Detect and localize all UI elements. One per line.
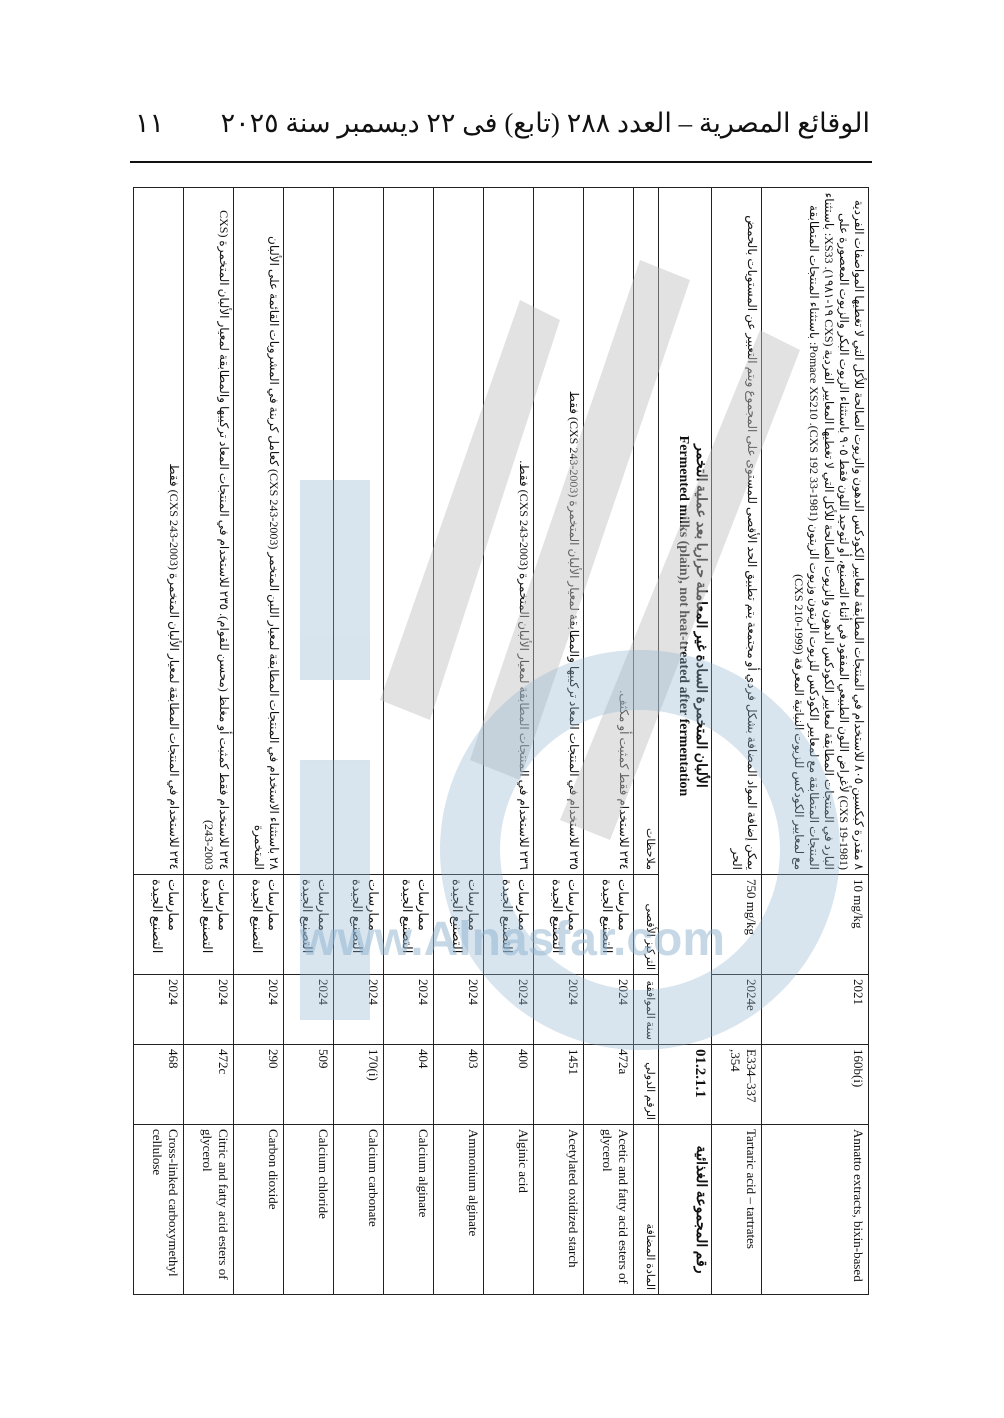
additive-cell: Citric and fatty acid esters of glycerol bbox=[184, 1125, 234, 1295]
column-header-row: المادة المضافةالرقم الدوليسنة الموافقةال… bbox=[634, 188, 659, 1295]
ins-cell: 472c bbox=[184, 1045, 234, 1125]
additive-cell: Acetic and fatty acid esters of glycerol bbox=[584, 1125, 634, 1295]
year-cell: 2021 bbox=[762, 975, 869, 1045]
max-level-cell: 10 mg/kg bbox=[762, 875, 869, 975]
year-cell: 2024 bbox=[334, 975, 384, 1045]
table-row: Tartaric acid – tartratesE334–337 ,35420… bbox=[712, 188, 762, 1295]
max-level-cell: ممارسات التصنيع الجيدة bbox=[284, 875, 334, 975]
notes-cell bbox=[334, 188, 384, 875]
food-category-title: الألبان المتخمرة السادة غير المعاملة حرا… bbox=[659, 188, 712, 1045]
page-number: ١١ bbox=[135, 108, 164, 139]
table-row: Calcium chloride5092024ممارسات التصنيع ا… bbox=[284, 188, 334, 1295]
notes-cell: ٢٣٥ للاستخدام في المنتجات المعاد تركيبها… bbox=[534, 188, 584, 875]
additive-cell: Annatto extracts, bixin-based bbox=[762, 1125, 869, 1295]
additive-cell: Tartaric acid – tartrates bbox=[712, 1125, 762, 1295]
notes-cell: ٢٣٤ للاستخدام فقط كمثبت أو مغلظ (محسن لل… bbox=[184, 188, 234, 875]
max-level-cell: ممارسات التصنيع الجيدة bbox=[184, 875, 234, 975]
food-category-label: رقم المجموعة الغذائية bbox=[659, 1125, 712, 1295]
column-header-notes: ملاحظات bbox=[634, 188, 659, 875]
ins-cell: 400 bbox=[484, 1045, 534, 1125]
max-level-cell: ممارسات التصنيع الجيدة bbox=[134, 875, 184, 975]
column-header-additive: المادة المضافة bbox=[634, 1125, 659, 1295]
table-row: Calcium carbonate170(i)2024ممارسات التصن… bbox=[334, 188, 384, 1295]
column-header-ins: الرقم الدولي bbox=[634, 1045, 659, 1125]
section-row: رقم المجموعة الغذائية01.2.1.1الألبان الم… bbox=[659, 188, 712, 1295]
ins-cell: 290 bbox=[234, 1045, 284, 1125]
table-row: Alginic acid4002024ممارسات التصنيع الجيد… bbox=[484, 188, 534, 1295]
additive-cell: Ammonium alginate bbox=[434, 1125, 484, 1295]
year-cell: 2024 bbox=[234, 975, 284, 1045]
year-cell: 2024 bbox=[534, 975, 584, 1045]
year-cell: 2024 bbox=[184, 975, 234, 1045]
notes-cell: ٨ مقدرة كبكسين ٨٠٥ للاستخدام في المنتجات… bbox=[762, 188, 869, 875]
year-cell: 2024e bbox=[712, 975, 762, 1045]
year-cell: 2024 bbox=[434, 975, 484, 1045]
additive-cell: Carbon dioxide bbox=[234, 1125, 284, 1295]
table-row: Carbon dioxide2902024ممارسات التصنيع الج… bbox=[234, 188, 284, 1295]
notes-cell bbox=[434, 188, 484, 875]
year-cell: 2024 bbox=[134, 975, 184, 1045]
table-row: Cross-linked carboxymethyl cellulose4682… bbox=[134, 188, 184, 1295]
max-level-cell: ممارسات التصنيع الجيدة bbox=[434, 875, 484, 975]
ins-cell: E334–337 ,354 bbox=[712, 1045, 762, 1125]
food-category-code: 01.2.1.1 bbox=[659, 1045, 712, 1125]
notes-cell: ٢٣٦ للاستخدام في المنتجات المطابقة لمعيا… bbox=[484, 188, 534, 875]
year-cell: 2024 bbox=[484, 975, 534, 1045]
table-row: Citric and fatty acid esters of glycerol… bbox=[184, 188, 234, 1295]
ins-cell: 170(i) bbox=[334, 1045, 384, 1125]
food-additives-table: Annatto extracts, bixin-based160b(i)2021… bbox=[133, 187, 869, 1295]
gazette-title: الوقائع المصرية – العدد ٢٨٨ (تابع) فى ٢٢… bbox=[221, 108, 870, 139]
max-level-cell: ممارسات التصنيع الجيدة bbox=[484, 875, 534, 975]
additive-cell: Alginic acid bbox=[484, 1125, 534, 1295]
column-header-max_level: التركيز الأقصى bbox=[634, 875, 659, 975]
ins-cell: 403 bbox=[434, 1045, 484, 1125]
additive-cell: Cross-linked carboxymethyl cellulose bbox=[134, 1125, 184, 1295]
ins-cell: 472a bbox=[584, 1045, 634, 1125]
table-row: Ammonium alginate4032024ممارسات التصنيع … bbox=[434, 188, 484, 1295]
additive-cell: Acetylated oxidized starch bbox=[534, 1125, 584, 1295]
max-level-cell: ممارسات التصنيع الجيدة bbox=[234, 875, 284, 975]
max-level-cell: ممارسات التصنيع الجيدة bbox=[584, 875, 634, 975]
notes-cell: ٢٣٤ للاستخدام في المنتجات المطابقة لمعيا… bbox=[134, 188, 184, 875]
max-level-cell: 750 mg/kg bbox=[712, 875, 762, 975]
max-level-cell: ممارسات التصنيع الجيدة bbox=[334, 875, 384, 975]
additive-cell: Calcium chloride bbox=[284, 1125, 334, 1295]
ins-cell: 1451 bbox=[534, 1045, 584, 1125]
notes-cell bbox=[384, 188, 434, 875]
table-row: Acetylated oxidized starch14512024ممارسا… bbox=[534, 188, 584, 1295]
ins-cell: 468 bbox=[134, 1045, 184, 1125]
column-header-year: سنة الموافقة bbox=[634, 975, 659, 1045]
year-cell: 2024 bbox=[284, 975, 334, 1045]
ins-cell: 160b(i) bbox=[762, 1045, 869, 1125]
year-cell: 2024 bbox=[584, 975, 634, 1045]
additive-cell: Calcium alginate bbox=[384, 1125, 434, 1295]
max-level-cell: ممارسات التصنيع الجيدة bbox=[534, 875, 584, 975]
notes-cell bbox=[284, 188, 334, 875]
table-row: Acetic and fatty acid esters of glycerol… bbox=[584, 188, 634, 1295]
max-level-cell: ممارسات التصنيع الجيدة bbox=[384, 875, 434, 975]
additives-table-container: Annatto extracts, bixin-based160b(i)2021… bbox=[133, 187, 869, 1294]
page-header: الوقائع المصرية – العدد ٢٨٨ (تابع) فى ٢٢… bbox=[135, 108, 870, 148]
header-divider bbox=[130, 161, 872, 163]
additive-cell: Calcium carbonate bbox=[334, 1125, 384, 1295]
table-row: Calcium alginate4042024ممارسات التصنيع ا… bbox=[384, 188, 434, 1295]
notes-cell: يمكن إضافة المواد المضافة بشكل فردي أو م… bbox=[712, 188, 762, 875]
notes-cell: ٢٨ باستثناء الاستخدام في المنتجات المطاب… bbox=[234, 188, 284, 875]
ins-cell: 404 bbox=[384, 1045, 434, 1125]
notes-cell: ٢٣٤ للاستخدام فقط كمثبت أو مكثف. bbox=[584, 188, 634, 875]
year-cell: 2024 bbox=[384, 975, 434, 1045]
ins-cell: 509 bbox=[284, 1045, 334, 1125]
table-row: Annatto extracts, bixin-based160b(i)2021… bbox=[762, 188, 869, 1295]
